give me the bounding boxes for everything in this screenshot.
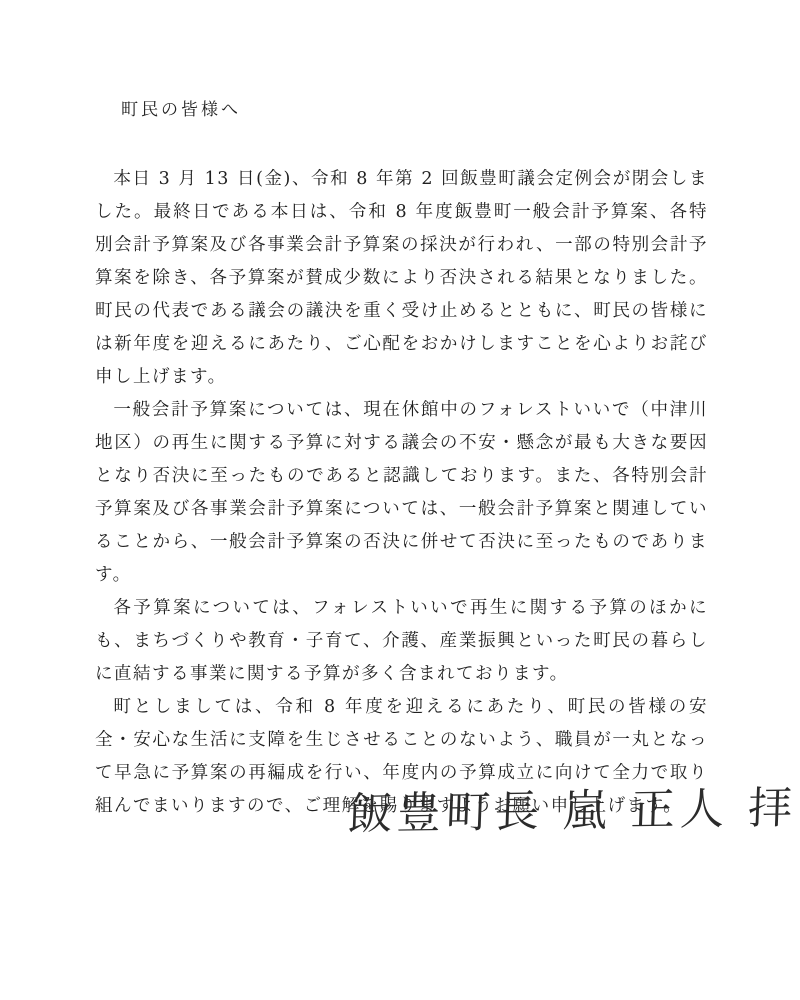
mayor-handwritten-signature: 飯豊町長 嵐 正人 拝 (347, 772, 799, 842)
letter-page: 町民の皆様へ 本日 3 月 13 日(金)、令和 8 年第 2 回飯豊町議会定例… (0, 0, 800, 1000)
letter-greeting: 町民の皆様へ (121, 95, 241, 120)
letter-paragraph: 本日 3 月 13 日(金)、令和 8 年第 2 回飯豊町議会定例会が閉会しまし… (95, 163, 708, 394)
letter-paragraph: 一般会計予算案については、現在休館中のフォレストいいで（中津川地区）の再生に関す… (95, 394, 708, 592)
letter-body: 本日 3 月 13 日(金)、令和 8 年第 2 回飯豊町議会定例会が閉会しまし… (95, 163, 708, 823)
letter-paragraph: 各予算案については、フォレストいいで再生に関する予算のほかにも、まちづくりや教育… (95, 592, 708, 691)
